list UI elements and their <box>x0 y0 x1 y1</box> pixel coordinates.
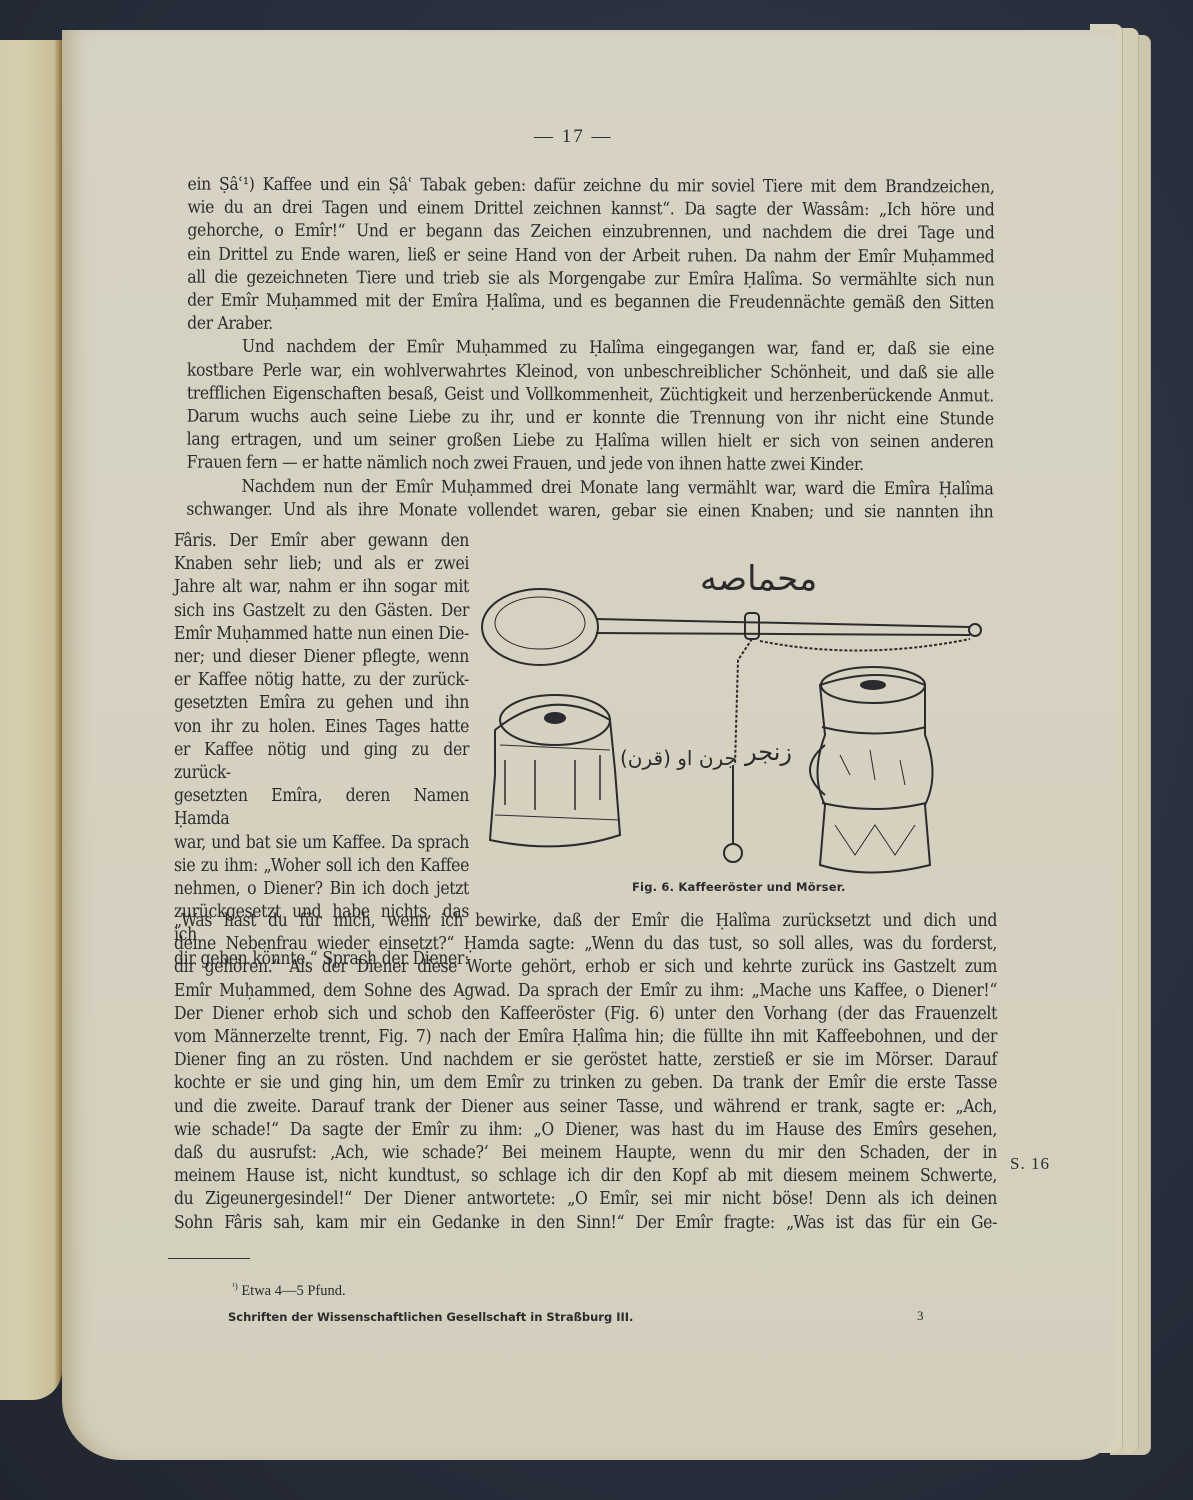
text-line: dir gehören.“ Als der Diener diese Worte… <box>174 956 997 979</box>
series-title: Schriften der Wissenschaftlichen Gesells… <box>228 1310 633 1324</box>
text-line: „Was hast du für mich, wenn ich bewirke,… <box>174 910 997 933</box>
text-line: deine Nebenfrau wieder einsetzt?“ Ḥamda … <box>174 933 997 956</box>
text-line: ner; und dieser Diener pflegte, wenn <box>174 646 469 669</box>
text-line: Der Diener erhob sich und schob den Kaff… <box>174 1003 997 1026</box>
text-line: Frauen fern — er hatte nämlich noch zwei… <box>187 452 994 478</box>
text-line: Nachdem nun der Emîr Muḥammed drei Monat… <box>186 475 993 501</box>
text-line: kochte er sie und ging hin, um dem Emîr … <box>174 1072 997 1095</box>
text-line: wie schade!“ Da sagte der Emîr zu ihm: „… <box>174 1119 997 1142</box>
text-line: Sohn Fâris sah, kam mir ein Gedanke in d… <box>174 1212 997 1235</box>
signature-number: 3 <box>917 1308 924 1324</box>
text-line: Diener fing an zu rösten. Und nachdem er… <box>174 1049 997 1072</box>
text-line: der Emîr Muḥammed mit der Emîra Ḥalîma, … <box>187 290 994 316</box>
text-line: war, und bat sie um Kaffee. Da sprach <box>174 832 469 855</box>
bottom-text-block: „Was hast du für mich, wenn ich bewirke,… <box>174 910 997 1235</box>
page-number: — 17 — <box>534 126 613 148</box>
text-line: Darum wuchs auch seine Liebe zu ihr, und… <box>187 406 994 432</box>
text-line: und die zweite. Darauf trank der Diener … <box>174 1096 997 1119</box>
text-line: sie zu ihm: „Woher soll ich den Kaffee <box>174 855 469 878</box>
text-line: Fâris. Der Emîr aber gewann den <box>174 530 469 553</box>
text-line: Und nachdem der Emîr Muḥammed zu Ḥalîma … <box>187 336 994 362</box>
text-line: kostbare Perle war, ein wohlverwahrtes K… <box>187 359 994 385</box>
arabic-label-chain: زنجر <box>744 738 792 766</box>
text-line: meinem Hause ist, nicht kundtust, so sch… <box>174 1165 997 1188</box>
arabic-label-roaster: محماصه <box>700 559 817 599</box>
footnote-text: Etwa 4—5 Pfund. <box>238 1283 346 1299</box>
top-text-block: ein Ṣâʿ¹) Kaffee und ein Ṣâʿ Tabak geben… <box>186 174 994 525</box>
arabic-label-mortar: جرن او (قرن) <box>620 746 737 770</box>
footnote: ¹) Etwa 4—5 Pfund. <box>232 1281 346 1300</box>
text-line: der Araber. <box>187 313 994 339</box>
text-line: er Kaffee nötig und ging zu der zurück- <box>174 739 469 785</box>
text-line: er Kaffee nötig hatte, zu der zurück- <box>174 669 469 692</box>
margin-page-reference: S. 16 <box>1010 1154 1050 1174</box>
text-line: trefflichen Eigenschaften besaß, Geist u… <box>187 382 994 408</box>
text-line: daß du ausrufst: ‚Ach, wie schade?‘ Bei … <box>174 1142 997 1165</box>
figure-coffee-roaster-and-mortar: محماصه زنجر جرن او (قرن) <box>480 535 1000 875</box>
text-line: ein Ṣâʿ¹) Kaffee und ein Ṣâʿ Tabak geben… <box>188 174 995 200</box>
right-page: — 17 — ein Ṣâʿ¹) Kaffee und ein Ṣâʿ Taba… <box>62 30 1117 1460</box>
text-line: gesetzten Emîra zu gehen und ihn <box>174 692 469 715</box>
footnote-divider <box>168 1258 250 1259</box>
text-line: nehmen, o Diener? Bin ich doch jetzt <box>174 878 469 901</box>
page-content: — 17 — ein Ṣâʿ¹) Kaffee und ein Ṣâʿ Taba… <box>62 30 1117 1460</box>
left-page: einereschechenwiedastandsie;ant-ima:de?“… <box>0 40 62 1400</box>
text-line: Emîr Muḥammed, dem Sohne des Agwad. Da s… <box>174 980 997 1003</box>
text-line: all die gezeichneten Tiere und trieb sie… <box>187 266 994 292</box>
text-line: ein Drittel zu Ende waren, ließ er seine… <box>187 243 994 269</box>
text-line: gehorche, o Emîr!“ Und er begann das Zei… <box>187 220 994 246</box>
text-line: schwanger. Und als ihre Monate vollendet… <box>186 498 993 524</box>
text-line: sich ins Gastzelt zu den Gästen. Der <box>174 600 469 623</box>
text-line: vom Männerzelte trennt, Fig. 7) nach der… <box>174 1026 997 1049</box>
text-line: du Zigeunergesindel!“ Der Diener antwort… <box>174 1188 997 1211</box>
text-line: gesetzten Emîra, deren Namen Ḥamda <box>174 785 469 831</box>
text-line: wie du an drei Tagen und einem Drittel z… <box>187 197 994 223</box>
text-line: lang ertragen, und um seiner großen Lieb… <box>187 429 994 455</box>
coffee-roaster-illustration-icon: محماصه زنجر جرن او (قرن) <box>480 535 1000 875</box>
side-column-text: Fâris. Der Emîr aber gewann denKnaben se… <box>174 530 469 971</box>
text-line: von ihr zu holen. Eines Tages hatte <box>174 716 469 739</box>
figure-caption: Fig. 6. Kaffeeröster und Mörser. <box>632 880 846 894</box>
text-line: Jahre alt war, nahm er ihn sogar mit <box>174 576 469 599</box>
text-line: Knaben sehr lieb; und als er zwei <box>174 553 469 576</box>
text-line: Emîr Muḥammed hatte nun einen Die- <box>174 623 469 646</box>
